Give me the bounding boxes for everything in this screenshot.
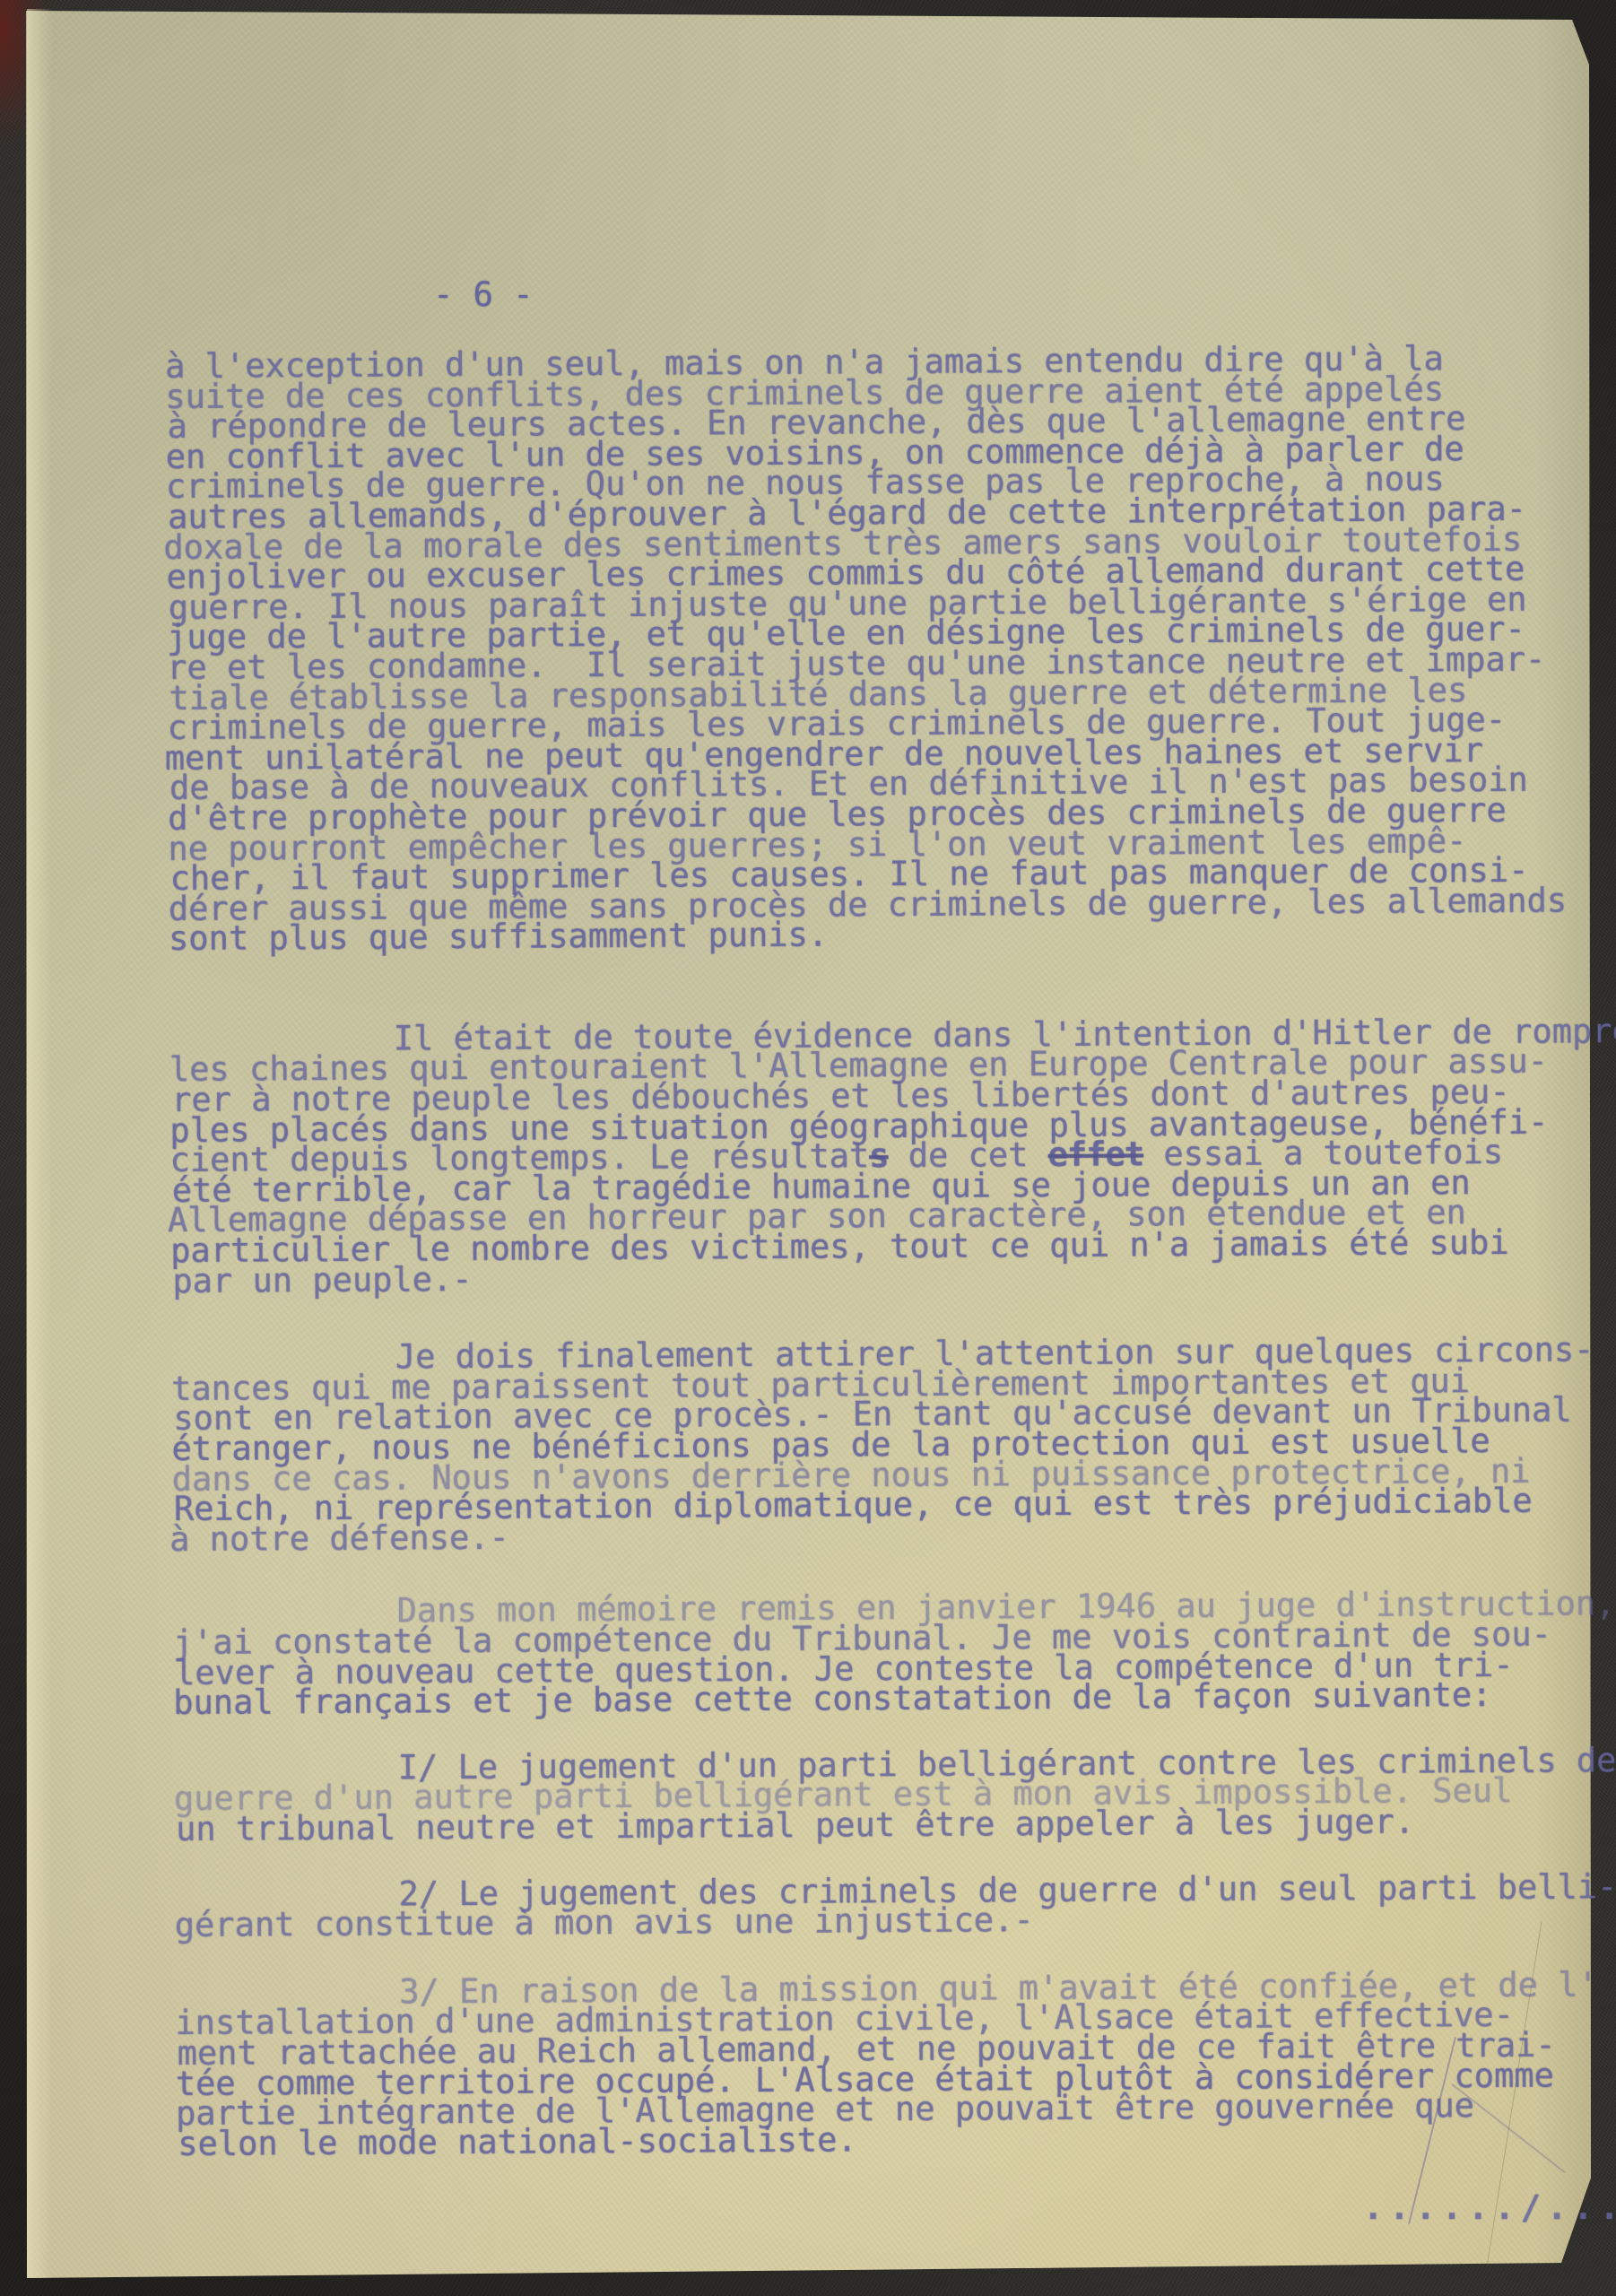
scanned-document-screenshot: { "document": { "language": "French", "p…	[0, 0, 1616, 2296]
text-line: un tribunal neutre et impartial peut êtr…	[176, 1805, 1593, 1844]
text-line: par un peuple.-	[172, 1257, 1589, 1296]
text-line: à notre défense.-	[169, 1516, 1586, 1554]
paragraph: Dans mon mémoire remis en janvier 1946 a…	[172, 1589, 1590, 1718]
paragraph: 2/ Le jugement des criminels de guerre d…	[174, 1872, 1591, 1941]
paper-edge-highlight	[27, 9, 52, 2278]
paragraph: Je dois finalement attirer l'attention s…	[171, 1335, 1589, 1555]
paragraph: à l'exception d'un seul, mais on n'a jam…	[165, 343, 1586, 954]
text-line: gérant constitue à mon avis une injustic…	[175, 1901, 1592, 1940]
paragraph: Il était de toute évidence dans l'intent…	[169, 1016, 1588, 1296]
page-number: - 6 -	[433, 280, 533, 310]
continuation-mark: ....../...	[1363, 2188, 1616, 2227]
paragraph: 3/ En raison de la mission qui m'avait é…	[175, 1970, 1593, 2159]
text-line: bunal français et je base cette constata…	[173, 1679, 1590, 1718]
paragraph: I/ Le jugement d'un parti belligérant co…	[174, 1745, 1592, 1844]
text-line: sont plus que suffisamment punis.	[169, 916, 1586, 954]
typewritten-text: à l'exception d'un seul, mais on n'a jam…	[165, 343, 1593, 2159]
